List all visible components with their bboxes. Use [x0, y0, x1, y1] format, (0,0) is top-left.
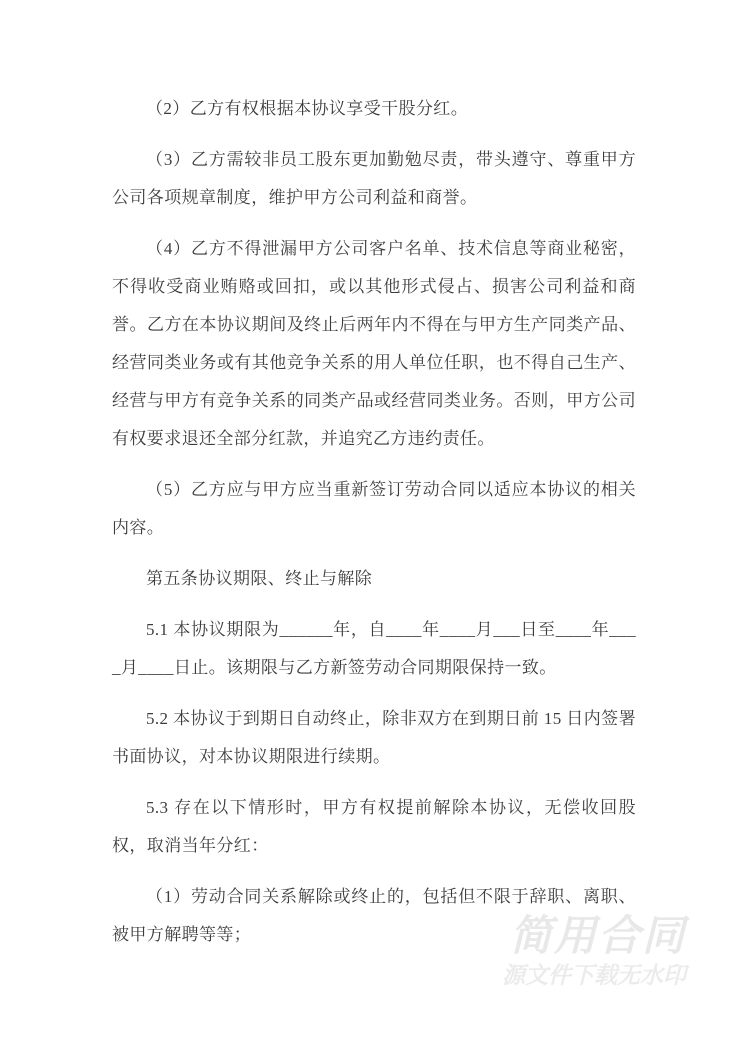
clause-item-4: （4）乙方不得泄漏甲方公司客户名单、技术信息等商业秘密，不得收受商业贿赂或回扣，…: [112, 230, 636, 458]
clause-5-3: 5.3 存在以下情形时，甲方有权提前解除本协议，无偿收回股权，取消当年分红：: [112, 789, 636, 865]
clause-5-2: 5.2 本协议于到期日自动终止，除非双方在到期日前 15 日内签署书面协议，对本…: [112, 700, 636, 776]
clause-5-3-item-1: （1）劳动合同关系解除或终止的，包括但不限于辞职、离职、被甲方解聘等等；: [112, 878, 636, 954]
clause-item-2: （2）乙方有权根据本协议享受干股分红。: [112, 90, 636, 128]
clause-5-1: 5.1 本协议期限为______年，自____年____月___日至____年_…: [112, 611, 636, 687]
article-5-heading: 第五条协议期限、终止与解除: [112, 560, 636, 598]
clause-item-3: （3）乙方需较非员工股东更加勤勉尽责，带头遵守、尊重甲方公司各项规章制度，维护甲…: [112, 141, 636, 217]
clause-item-5: （5）乙方应与甲方应当重新签订劳动合同以适应本协议的相关内容。: [112, 471, 636, 547]
document-page: （2）乙方有权根据本协议享受干股分红。 （3）乙方需较非员工股东更加勤勉尽责，带…: [0, 0, 742, 1049]
contract-body: （2）乙方有权根据本协议享受干股分红。 （3）乙方需较非员工股东更加勤勉尽责，带…: [112, 90, 636, 967]
